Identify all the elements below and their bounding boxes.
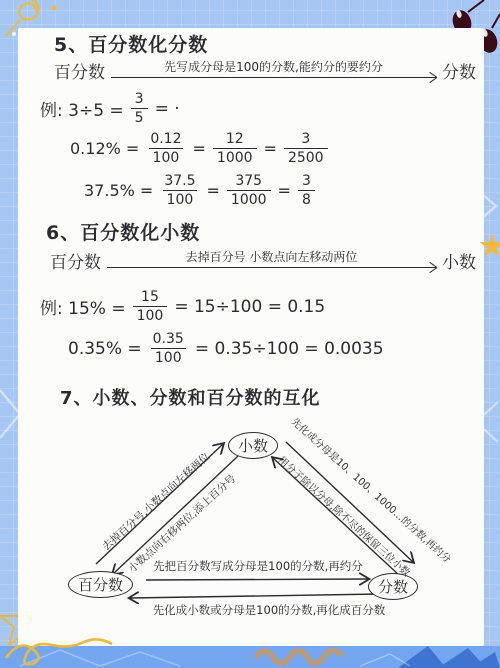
equation-text: = — [193, 139, 206, 158]
numerator: 3 — [131, 92, 148, 108]
example-line: 例: 15% = 15100 = 15÷100 = 0.15 — [40, 290, 325, 323]
example-line: 0.35% = 0.35100 = 0.35÷100 = 0.0035 — [68, 332, 384, 365]
flow-to-label: 分数 — [442, 64, 476, 83]
equation-text: 0.35% = — [68, 339, 142, 359]
fraction: 38 — [298, 174, 315, 207]
fraction: 15100 — [133, 290, 168, 323]
denominator: 100 — [133, 306, 168, 323]
example-line: 例: 3÷5 = 35 = · — [40, 92, 180, 125]
flow-to-label: 小数 — [442, 254, 476, 273]
equation-text: 例: 3÷5 = — [40, 96, 124, 121]
equation-text: 37.5% = — [84, 181, 153, 200]
equation-text: 0.12% = — [70, 139, 139, 158]
equation-text: = — [264, 139, 277, 158]
denominator: 8 — [298, 190, 315, 207]
edge-label-fraction-to-percent: 先化成小数或分母是100的分数,再化成百分数 — [104, 602, 434, 618]
denominator: 100 — [149, 148, 184, 165]
equation-text: 例: 15% = — [40, 294, 126, 319]
orange-swirl-icon — [252, 642, 348, 668]
flow-arrow: 先写成分母是100的分数,能约分的要约分 — [111, 58, 436, 78]
conversion-triangle-diagram: 小数 百分数 分数 去掉百分号,小数点向左移两位 小数点向右移两位,添上百分号 … — [18, 422, 484, 642]
equation-text: = 15÷100 = 0.15 — [174, 297, 325, 317]
arrow-line-icon — [107, 267, 436, 268]
equation-text: = · — [155, 99, 180, 119]
fraction: 3751000 — [227, 174, 271, 207]
numerator: 0.35 — [149, 332, 188, 348]
fraction: 35 — [131, 92, 148, 125]
section6-conversion-flow: 百分数 去掉百分号 小数点向左移动两位 小数 — [50, 248, 476, 273]
numerator: 3 — [297, 132, 314, 148]
denominator: 1000 — [213, 148, 257, 165]
swirl-icon — [4, 626, 114, 668]
example-line: 0.12% = 0.12100 = 121000 = 32500 — [70, 132, 330, 165]
photo-frame: 5、百分数化分数 百分数 先写成分母是100的分数,能约分的要约分 分数 例: … — [0, 0, 500, 668]
fraction: 32500 — [284, 132, 328, 165]
numerator: 12 — [222, 132, 248, 148]
example-line: 37.5% = 37.5100 = 3751000 = 38 — [84, 174, 317, 207]
equation-text: = 0.35÷100 = 0.0035 — [195, 339, 384, 359]
denominator: 100 — [151, 348, 186, 365]
numerator: 0.12 — [146, 132, 185, 148]
flow-arrow-label: 先写成分母是100的分数,能约分的要约分 — [111, 58, 436, 77]
arrow-line-icon — [111, 77, 436, 78]
edge-label-percent-to-fraction: 先把百分数写成分母是100的分数,再约分 — [108, 558, 408, 574]
denominator: 2500 — [284, 148, 328, 165]
denominator: 1000 — [227, 190, 271, 207]
equation-text: = — [278, 181, 291, 200]
numerator: 375 — [231, 174, 266, 190]
flow-from-label: 百分数 — [50, 254, 101, 273]
fraction: 0.12100 — [146, 132, 185, 165]
denominator: 5 — [131, 108, 148, 125]
section5-heading: 5、百分数化分数 — [54, 30, 208, 57]
numerator: 3 — [298, 174, 315, 190]
flow-arrow-label: 去掉百分号 小数点向左移动两位 — [107, 248, 436, 267]
denominator: 100 — [163, 190, 198, 207]
fraction: 121000 — [213, 132, 257, 165]
notes-paper: 5、百分数化分数 百分数 先写成分母是100的分数,能约分的要约分 分数 例: … — [18, 28, 484, 646]
flow-from-label: 百分数 — [54, 64, 105, 83]
fraction: 37.5100 — [160, 174, 199, 207]
fraction: 0.35100 — [149, 332, 188, 365]
numerator: 37.5 — [160, 174, 199, 190]
section6-heading: 6、百分数化小数 — [46, 218, 200, 245]
section7-heading: 7、小数、分数和百分数的互化 — [60, 384, 321, 410]
section5-conversion-flow: 百分数 先写成分母是100的分数,能约分的要约分 分数 — [54, 58, 476, 83]
numerator: 15 — [137, 290, 163, 306]
flow-arrow: 去掉百分号 小数点向左移动两位 — [107, 248, 436, 268]
equation-text: = — [207, 181, 220, 200]
